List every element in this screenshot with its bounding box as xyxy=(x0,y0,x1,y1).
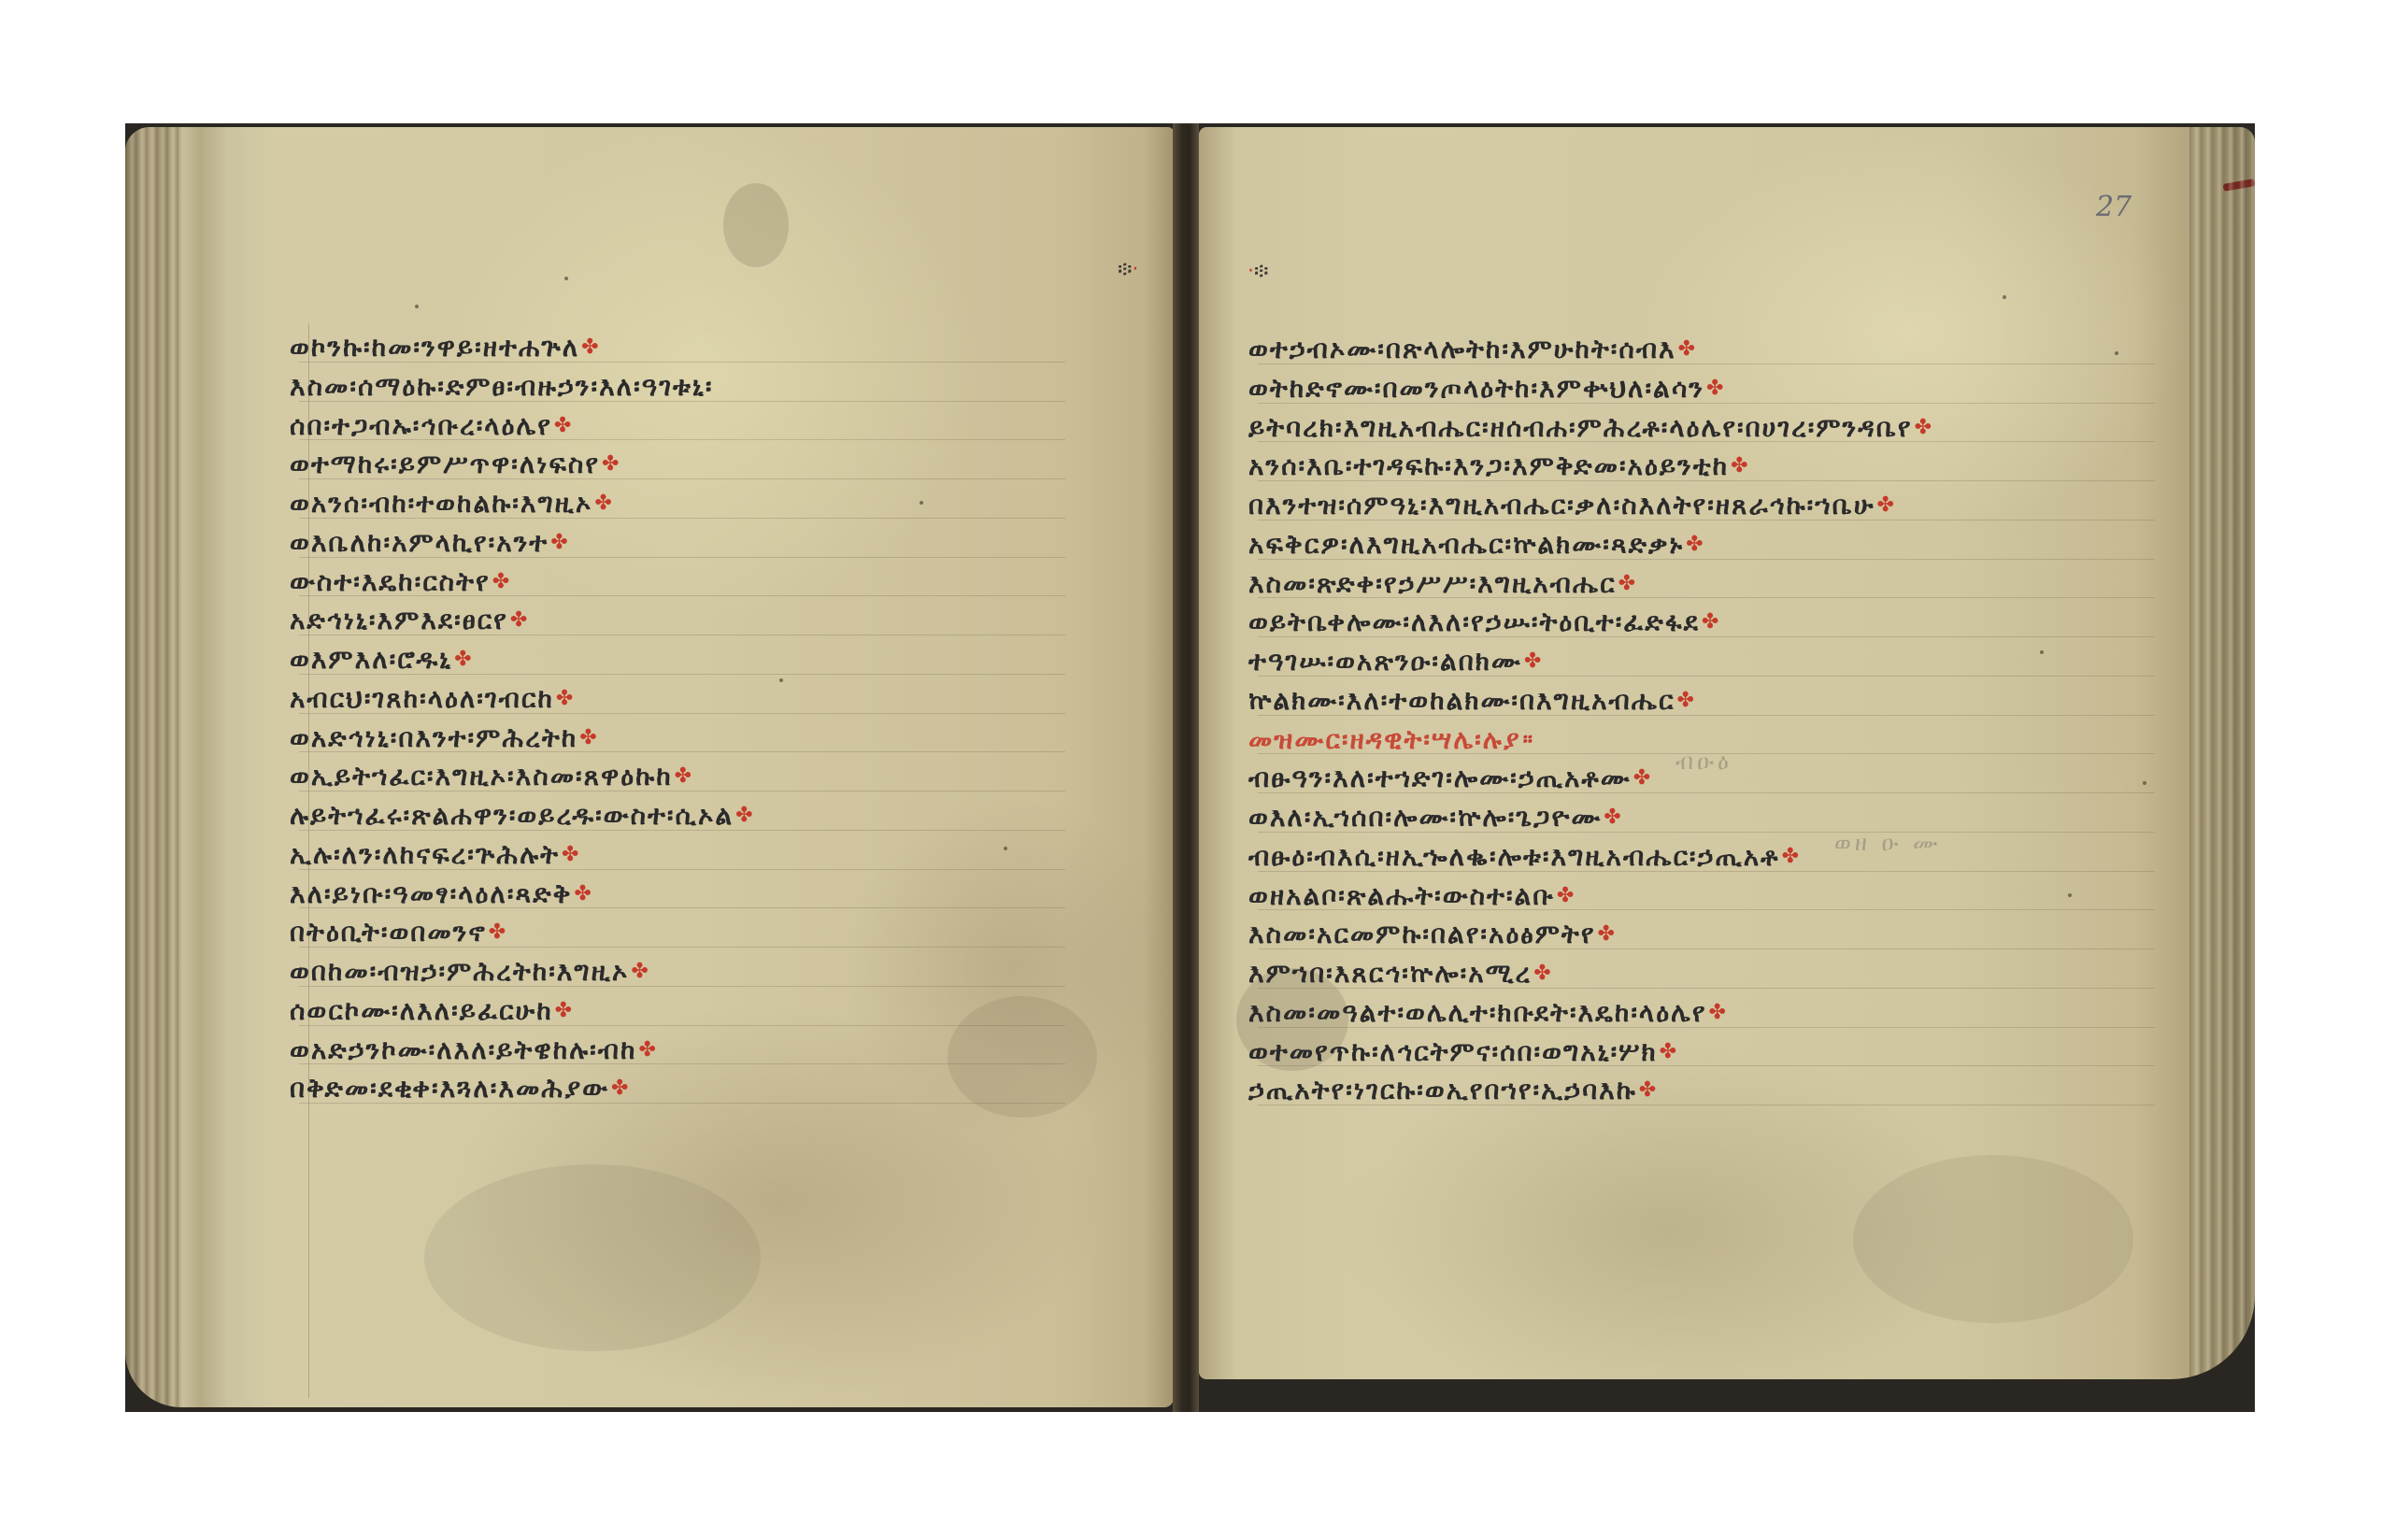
ruling-line xyxy=(1258,597,2155,598)
speck xyxy=(564,277,568,280)
ruling-line xyxy=(1258,403,2155,404)
folio-number: 27 xyxy=(2096,191,2131,223)
speck xyxy=(2003,295,2006,299)
ruling-line xyxy=(299,869,1065,870)
ruling-line xyxy=(299,439,1065,440)
ruling-line xyxy=(299,595,1065,596)
speck xyxy=(779,678,783,682)
speck xyxy=(1004,847,1007,850)
ruling-line xyxy=(299,751,1065,752)
speck xyxy=(2040,650,2044,654)
ruling-line xyxy=(299,791,1065,791)
ruling-line xyxy=(299,635,1065,635)
ruling-line xyxy=(1258,753,2155,754)
ruling-line xyxy=(1258,676,2155,677)
ruling-line xyxy=(299,1103,1065,1104)
ruling-line xyxy=(299,362,1065,363)
ruling-line xyxy=(1258,1027,2155,1028)
top-ornament-right: ·፨ xyxy=(1248,260,1268,283)
stain xyxy=(424,1164,761,1351)
ruling-line xyxy=(299,557,1065,558)
ruling-line xyxy=(299,907,1065,908)
ruling-line xyxy=(1258,364,2155,364)
stain xyxy=(723,183,789,267)
book-gutter xyxy=(1173,123,1199,1412)
ruling-line xyxy=(1258,520,2155,520)
ruling-line xyxy=(299,1063,1065,1064)
ruling-line xyxy=(1258,1065,2155,1066)
ruling-line xyxy=(1258,715,2155,716)
ruling-line xyxy=(299,947,1065,948)
stain xyxy=(948,996,1097,1118)
ruling-line xyxy=(299,986,1065,987)
ruling-line xyxy=(1258,559,2155,560)
speck xyxy=(2068,893,2072,897)
speck xyxy=(2143,781,2146,785)
left-page-text: ወኮንኩ፡ከመ፡ንዋይ፡ዘተሐጕለ✤ እስመ፡ሰማዕኩ፡ድምፀ፡ብዙኃን፡እለ፡… xyxy=(290,328,755,1108)
ruling-line xyxy=(1258,948,2155,949)
ruling-line xyxy=(1258,909,2155,910)
speck xyxy=(2115,351,2118,355)
ruling-line xyxy=(1258,1105,2155,1105)
ruling-line xyxy=(1258,441,2155,442)
ruling-line xyxy=(299,674,1065,675)
ruling-line xyxy=(299,830,1065,831)
left-page: ፨· ወኮንኩ፡ከመ፡ንዋይ፡ዘተሐጕለ✤ እስመ፡ሰማዕኩ፡ድምፀ፡ብዙኃን፡… xyxy=(125,127,1174,1407)
stain xyxy=(1853,1155,2133,1323)
speck xyxy=(920,501,923,505)
ruling-line xyxy=(1258,871,2155,872)
ruling-line xyxy=(299,478,1065,479)
ruling-line xyxy=(299,713,1065,714)
ruling-line xyxy=(299,401,1065,402)
speck xyxy=(415,305,419,308)
manuscript-photo: ፨· ወኮንኩ፡ከመ፡ንዋይ፡ዘተሐጕለ✤ እስመ፡ሰማዕኩ፡ድምፀ፡ብዙኃን፡… xyxy=(125,123,2255,1412)
ruling-line xyxy=(1258,636,2155,637)
ruling-line xyxy=(299,518,1065,519)
right-page-text: ወተኃብኦሙ፡በጽላሎትከ፡እምሁከት፡ሰብእ✤ ወትከድኖሙ፡በመንጦላዕትከ… xyxy=(1248,330,1933,1110)
ruling-line xyxy=(1258,832,2155,833)
ruling-line xyxy=(1258,792,2155,793)
top-ornament-left: ፨· xyxy=(1118,258,1138,281)
red-bookmark-tab xyxy=(2223,178,2255,192)
ruling-line xyxy=(1258,480,2155,481)
ruling-line xyxy=(1258,988,2155,989)
ruling-line xyxy=(299,1025,1065,1026)
right-page: ·፨ 27 ብዑዕ ወዘ ዑ ሙ ወተኃብኦሙ፡በጽላሎትከ፡እምሁከት፡ሰብእ… xyxy=(1199,127,2255,1379)
